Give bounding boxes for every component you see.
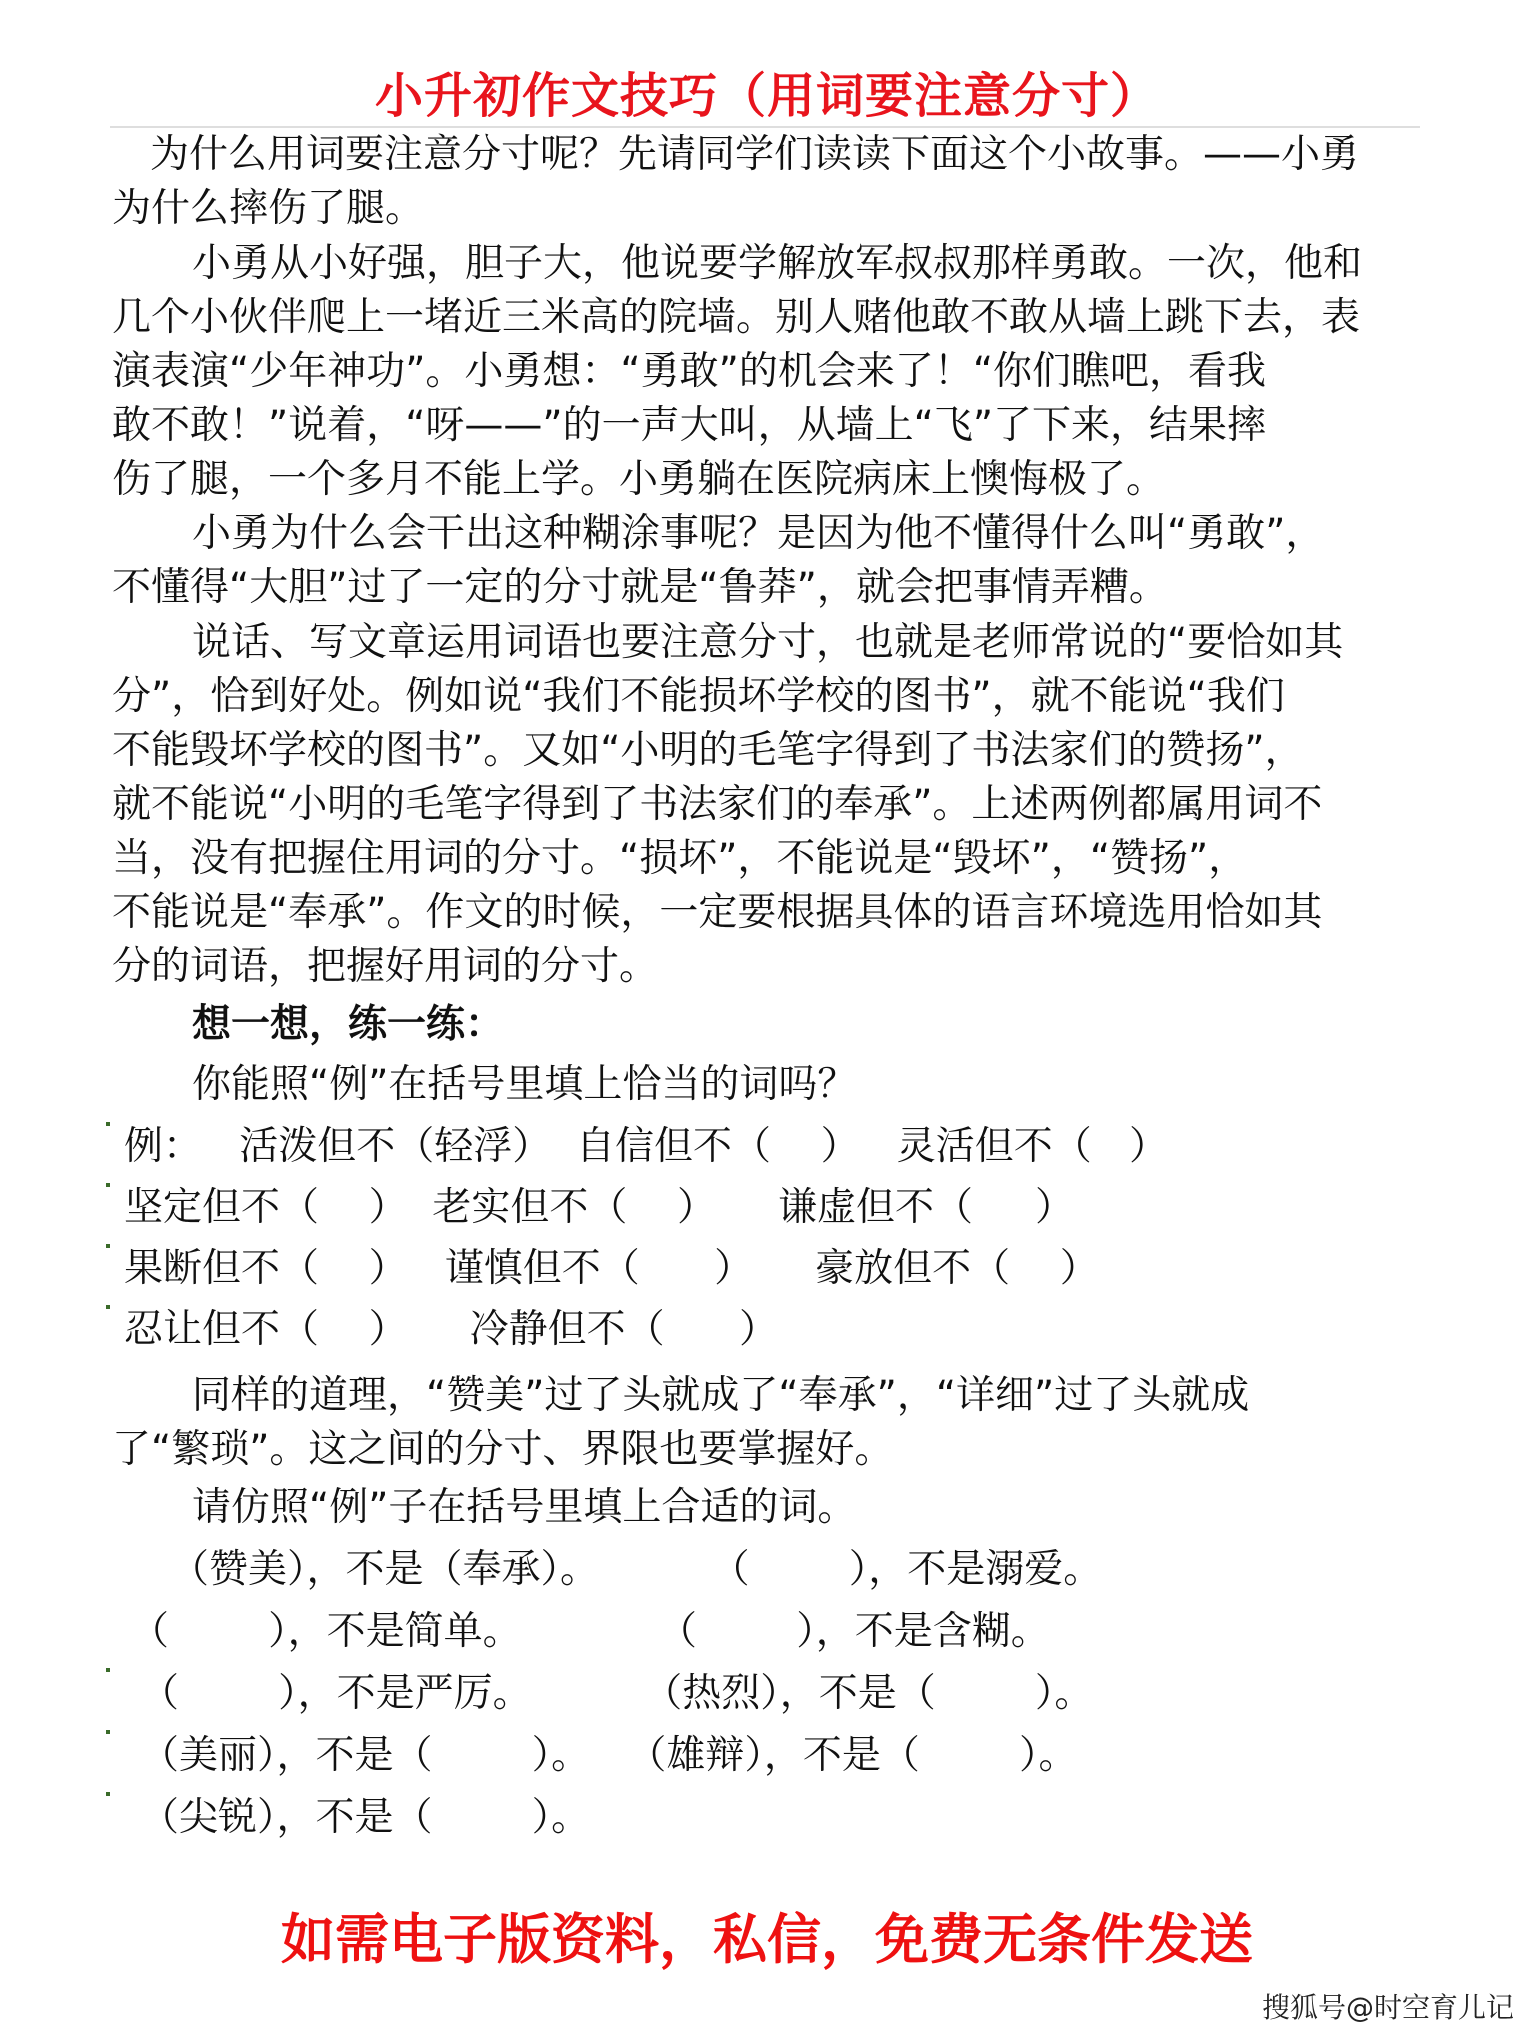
paragraph-2-line-1: 小勇从小好强，胆子大，他说要学解放军叔叔那样勇敢。一次，他和 bbox=[192, 237, 1362, 291]
footer-promo: 如需电子版资料，私信，免费无条件发送 bbox=[0, 1905, 1534, 1975]
exercise-heading: 想一想，练一练： bbox=[192, 998, 504, 1052]
exercise-1-row-1: 例： 活泼但不（轻浮） 自信但不（ ） 灵活但不（ ） bbox=[124, 1120, 1168, 1174]
paragraph-2-line-5: 伤了腿，一个多月不能上学。小勇躺在医院病床上懊悔极了。 bbox=[112, 453, 1165, 507]
exercise-prompt-2: 请仿照“例”子在括号里填上合适的词。 bbox=[192, 1481, 856, 1535]
marker-icon bbox=[106, 1122, 110, 1126]
exercise-prompt-1: 你能照“例”在括号里填上恰当的词吗？ bbox=[192, 1058, 856, 1112]
paragraph-4-line-3: 不能毁坏学校的图书”。又如“小明的毛笔字得到了书法家们的赞扬”， bbox=[112, 724, 1304, 778]
paragraph-4-line-5: 当，没有把握住用词的分寸。“损坏”，不能说是“毁坏”，“赞扬”， bbox=[112, 832, 1247, 886]
watermark: 搜狐号@时空育儿记 bbox=[1262, 1990, 1514, 2026]
marker-icon bbox=[106, 1305, 110, 1309]
paragraph-4-line-1: 说话、写文章运用词语也要注意分寸，也就是老师常说的“要恰如其 bbox=[192, 616, 1343, 670]
paragraph-2-line-2: 几个小伙伴爬上一堵近三米高的院墙。别人赌他敢不敢从墙上跳下去，表 bbox=[112, 291, 1360, 345]
paragraph-3-line-2: 不懂得“大胆”过了一定的分寸就是“鲁莽”，就会把事情弄糟。 bbox=[112, 561, 1168, 615]
paragraph-4-line-2: 分”，恰到好处。例如说“我们不能损坏学校的图书”，就不能说“我们 bbox=[112, 670, 1285, 724]
exercise-2-row-4: （美丽），不是（ ）。 （雄辩），不是（ ）。 bbox=[140, 1729, 1078, 1783]
paragraph-5-line-2: 了“繁琐”。这之间的分寸、界限也要掌握好。 bbox=[112, 1423, 893, 1477]
exercise-1-row-4: 忍让但不（ ） 冷静但不（ ） bbox=[124, 1303, 778, 1357]
paragraph-4-line-6: 不能说是“奉承”。作文的时候，一定要根据具体的语言环境选用恰如其 bbox=[112, 886, 1322, 940]
paragraph-4-line-4: 就不能说“小明的毛笔字得到了书法家们的奉承”。上述两例都属用词不 bbox=[112, 778, 1322, 832]
marker-icon bbox=[106, 1244, 110, 1248]
marker-icon bbox=[106, 1668, 110, 1672]
paragraph-4-line-7: 分的词语，把握好用词的分寸。 bbox=[112, 940, 658, 994]
page-title: 小升初作文技巧（用词要注意分寸） bbox=[0, 66, 1534, 126]
paragraph-1-line-1: 为什么用词要注意分寸呢？先请同学们读读下面这个小故事。——小勇 bbox=[150, 128, 1359, 182]
paragraph-1-line-2: 为什么摔伤了腿。 bbox=[112, 182, 424, 236]
exercise-1-row-3: 果断但不（ ） 谨慎但不（ ） 豪放但不（ ） bbox=[124, 1242, 1099, 1296]
exercise-2-row-2: （ ），不是简单。 （ ），不是含糊。 bbox=[130, 1605, 1050, 1659]
marker-icon bbox=[106, 1792, 110, 1796]
exercise-2-row-5: （尖锐），不是（ ）。 bbox=[140, 1791, 590, 1845]
paragraph-2-line-3: 演表演“少年神功”。小勇想：“勇敢”的机会来了！“你们瞧吧，看我 bbox=[112, 345, 1266, 399]
paragraph-5-line-1: 同样的道理，“赞美”过了头就成了“奉承”，“详细”过了头就成 bbox=[192, 1369, 1249, 1423]
paragraph-2-line-4: 敢不敢！”说着，“呀——”的一声大叫，从墙上“飞”了下来，结果摔 bbox=[112, 399, 1266, 453]
paragraph-3-line-1: 小勇为什么会干出这种糊涂事呢？是因为他不懂得什么叫“勇敢”， bbox=[192, 507, 1324, 561]
marker-icon bbox=[106, 1183, 110, 1187]
exercise-2-row-1: （赞美），不是（奉承）。 （ ），不是溺爱。 bbox=[170, 1543, 1102, 1597]
exercise-1-row-2: 坚定但不（ ） 老实但不（ ） 谦虚但不（ ） bbox=[124, 1181, 1074, 1235]
marker-icon bbox=[106, 1730, 110, 1734]
exercise-2-row-3: （ ），不是严厉。 （热烈），不是（ ）。 bbox=[140, 1667, 1093, 1721]
